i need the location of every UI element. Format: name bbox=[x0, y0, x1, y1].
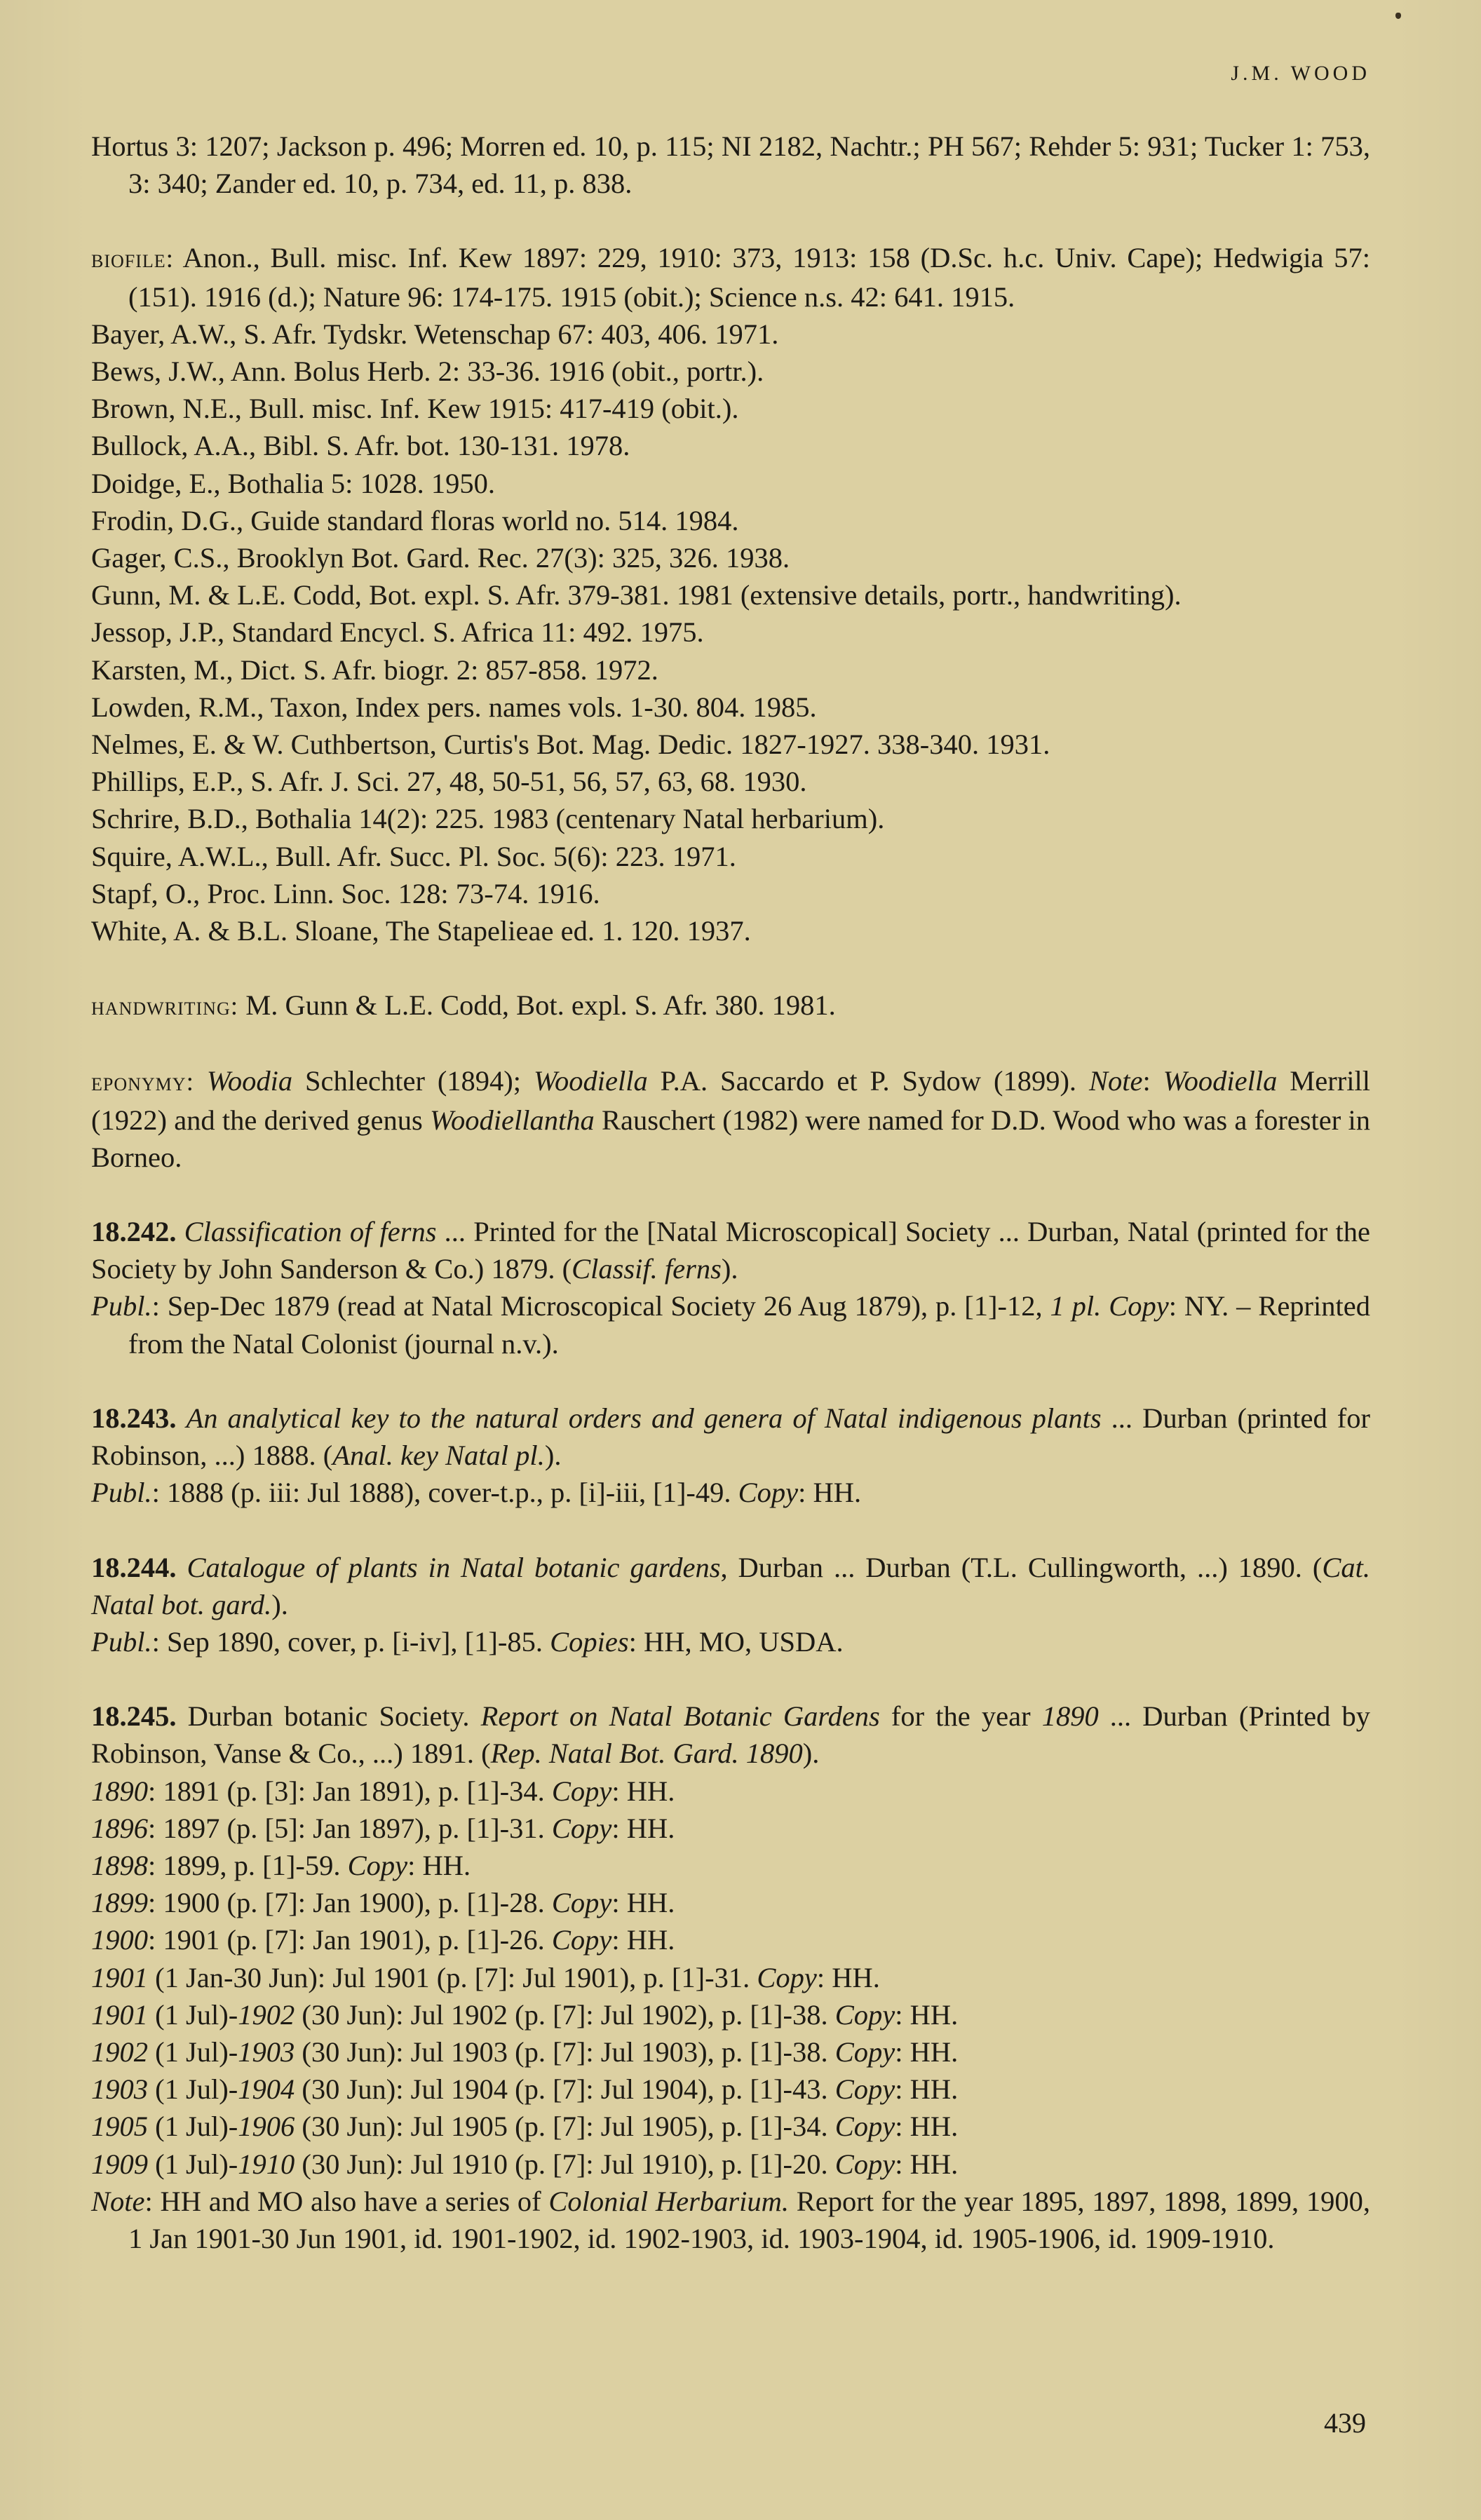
italic-text: Copy bbox=[552, 1813, 612, 1844]
text-paragraph: 1901 (1 Jan-30 Jun): Jul 1901 (p. [7]: J… bbox=[91, 1959, 1370, 1996]
entry-number: 18.242. bbox=[91, 1216, 177, 1247]
italic-text: Copy bbox=[757, 1962, 817, 1993]
text-paragraph: 1909 (1 Jul)-1910 (30 Jun): Jul 1910 (p.… bbox=[91, 2146, 1370, 2183]
page-body: Hortus 3: 1207; Jackson p. 496; Morren e… bbox=[91, 128, 1370, 2257]
text-run: : 1891 (p. [3]: Jan 1891), p. [1]-34. bbox=[148, 1775, 552, 1807]
text-run: : HH. bbox=[611, 1887, 675, 1918]
text-run: Stapf, O., Proc. Linn. Soc. 128: 73-74. … bbox=[91, 878, 600, 909]
italic-text: 1906 bbox=[238, 2111, 295, 2142]
text-run: Nelmes, E. & W. Cuthbertson, Curtis's Bo… bbox=[91, 729, 1050, 760]
italic-text: 1899 bbox=[91, 1887, 148, 1918]
text-run: (1 Jul)- bbox=[148, 2036, 238, 2068]
entry-number: 18.245. bbox=[91, 1700, 177, 1732]
italic-text: 1896 bbox=[91, 1813, 148, 1844]
italic-text: Note bbox=[91, 2186, 145, 2217]
italic-text: Copy bbox=[552, 1775, 612, 1807]
scan-speck bbox=[1395, 13, 1401, 19]
italic-text: Catalogue of plants in Natal botanic gar… bbox=[187, 1552, 720, 1583]
text-run: : HH. bbox=[895, 2073, 958, 2105]
text-paragraph: HANDWRITING: M. Gunn & L.E. Codd, Bot. e… bbox=[91, 987, 1370, 1025]
text-run bbox=[177, 1552, 187, 1583]
text-paragraph: White, A. & B.L. Sloane, The Stapelieae … bbox=[91, 912, 1370, 949]
text-paragraph: 1905 (1 Jul)-1906 (30 Jun): Jul 1905 (p.… bbox=[91, 2108, 1370, 2145]
text-paragraph: 1898: 1899, p. [1]-59. Copy: HH. bbox=[91, 1847, 1370, 1884]
text-run: : HH. bbox=[611, 1775, 675, 1807]
italic-text: 1909 bbox=[91, 2148, 148, 2180]
text-run: (30 Jun): Jul 1905 (p. [7]: Jul 1905), p… bbox=[295, 2111, 835, 2142]
paragraph-gap bbox=[91, 1025, 1370, 1062]
entry-number: 18.244. bbox=[91, 1552, 177, 1583]
italic-text: Copy bbox=[1109, 1290, 1169, 1322]
text-paragraph: Hortus 3: 1207; Jackson p. 496; Morren e… bbox=[91, 128, 1370, 202]
text-paragraph: 1902 (1 Jul)-1903 (30 Jun): Jul 1903 (p.… bbox=[91, 2033, 1370, 2071]
text-run: (1 Jul)- bbox=[148, 1999, 238, 2031]
text-paragraph: 1900: 1901 (p. [7]: Jan 1901), p. [1]-26… bbox=[91, 1921, 1370, 1958]
text-run: : HH. bbox=[611, 1924, 675, 1956]
italic-text: 1903 bbox=[238, 2036, 295, 2068]
italic-text: 1890 bbox=[91, 1775, 148, 1807]
section-label: HANDWRITING: bbox=[91, 992, 238, 1021]
running-head: J.M. WOOD bbox=[1231, 62, 1370, 86]
italic-text: 1900 bbox=[91, 1924, 148, 1956]
italic-text: 1904 bbox=[238, 2073, 295, 2105]
text-run: (30 Jun): Jul 1904 (p. [7]: Jul 1904), p… bbox=[295, 2073, 835, 2105]
section-label: EPONYMY: bbox=[91, 1068, 194, 1097]
text-run: Phillips, E.P., S. Afr. J. Sci. 27, 48, … bbox=[91, 766, 806, 797]
text-run: Frodin, D.G., Guide standard floras worl… bbox=[91, 505, 739, 536]
text-paragraph: Schrire, B.D., Bothalia 14(2): 225. 1983… bbox=[91, 800, 1370, 837]
italic-text: Woodiella bbox=[1163, 1065, 1278, 1097]
text-paragraph: Lowden, R.M., Taxon, Index pers. names v… bbox=[91, 689, 1370, 726]
text-run: (30 Jun): Jul 1902 (p. [7]: Jul 1902), p… bbox=[295, 1999, 835, 2031]
text-paragraph: Note: HH and MO also have a series of Co… bbox=[91, 2183, 1370, 2257]
text-paragraph: Bullock, A.A., Bibl. S. Afr. bot. 130-13… bbox=[91, 427, 1370, 464]
paragraph-gap bbox=[91, 1176, 1370, 1213]
text-paragraph: Doidge, E., Bothalia 5: 1028. 1950. bbox=[91, 465, 1370, 502]
paragraph-gap bbox=[91, 1512, 1370, 1549]
text-run bbox=[177, 1402, 187, 1434]
text-run: : bbox=[1142, 1065, 1163, 1097]
text-paragraph: 1890: 1891 (p. [3]: Jan 1891), p. [1]-34… bbox=[91, 1773, 1370, 1810]
text-paragraph: Gager, C.S., Brooklyn Bot. Gard. Rec. 27… bbox=[91, 539, 1370, 576]
entry-number: 18.243. bbox=[91, 1402, 177, 1434]
text-paragraph: Bews, J.W., Ann. Bolus Herb. 2: 33-36. 1… bbox=[91, 353, 1370, 390]
text-run: Brown, N.E., Bull. misc. Inf. Kew 1915: … bbox=[91, 393, 739, 424]
italic-text: Anal. key Natal pl. bbox=[332, 1439, 545, 1471]
text-run: ). bbox=[271, 1589, 288, 1620]
italic-text: Classification of ferns bbox=[184, 1216, 437, 1247]
text-run: Anon., Bull. misc. Inf. Kew 1897: 229, 1… bbox=[128, 242, 1370, 312]
text-paragraph: Jessop, J.P., Standard Encycl. S. Africa… bbox=[91, 614, 1370, 651]
italic-text: Woodia bbox=[207, 1065, 292, 1097]
text-run: Squire, A.W.L., Bull. Afr. Succ. Pl. Soc… bbox=[91, 841, 736, 872]
italic-text: 1910 bbox=[238, 2148, 295, 2180]
text-run bbox=[194, 1065, 207, 1097]
italic-text: Copy bbox=[835, 2073, 895, 2105]
text-run: for the year bbox=[880, 1700, 1042, 1732]
text-paragraph: 1901 (1 Jul)-1902 (30 Jun): Jul 1902 (p.… bbox=[91, 1996, 1370, 2033]
text-run: : 1901 (p. [7]: Jan 1901), p. [1]-26. bbox=[148, 1924, 552, 1956]
text-paragraph: BIOFILE: Anon., Bull. misc. Inf. Kew 189… bbox=[91, 239, 1370, 315]
text-run: Hortus 3: 1207; Jackson p. 496; Morren e… bbox=[91, 130, 1370, 199]
text-run: : 1888 (p. iii: Jul 1888), cover-t.p., p… bbox=[152, 1477, 738, 1508]
italic-text: Copy bbox=[552, 1924, 612, 1956]
text-paragraph: 1903 (1 Jul)-1904 (30 Jun): Jul 1904 (p.… bbox=[91, 2071, 1370, 2108]
text-run: Bayer, A.W., S. Afr. Tydskr. Wetenschap … bbox=[91, 318, 778, 350]
italic-text: Note bbox=[1089, 1065, 1143, 1097]
italic-text: 1898 bbox=[91, 1850, 148, 1881]
text-run: Bullock, A.A., Bibl. S. Afr. bot. 130-13… bbox=[91, 430, 630, 461]
text-run: (1 Jul)- bbox=[148, 2073, 238, 2105]
text-run: Durban botanic Society. bbox=[177, 1700, 481, 1732]
text-run: ). bbox=[545, 1439, 562, 1471]
paragraph-gap bbox=[91, 1660, 1370, 1698]
text-paragraph: 1896: 1897 (p. [5]: Jan 1897), p. [1]-31… bbox=[91, 1810, 1370, 1847]
text-run: M. Gunn & L.E. Codd, Bot. expl. S. Afr. … bbox=[238, 989, 836, 1021]
text-run: Bews, J.W., Ann. Bolus Herb. 2: 33-36. 1… bbox=[91, 355, 764, 387]
text-run: : HH. bbox=[895, 1999, 958, 2031]
text-run: ). bbox=[722, 1253, 738, 1285]
text-paragraph: EPONYMY: Woodia Schlechter (1894); Woodi… bbox=[91, 1062, 1370, 1176]
italic-text: Rep. Natal Bot. Gard. 1890 bbox=[491, 1737, 803, 1769]
paragraph-gap bbox=[91, 1362, 1370, 1400]
italic-text: Copies bbox=[550, 1626, 629, 1658]
text-paragraph: Stapf, O., Proc. Linn. Soc. 128: 73-74. … bbox=[91, 875, 1370, 912]
text-run: (1 Jul)- bbox=[148, 2148, 238, 2180]
page-number: 439 bbox=[1324, 2406, 1366, 2439]
italic-text: An analytical key to the natural orders … bbox=[187, 1402, 1102, 1434]
text-run: Lowden, R.M., Taxon, Index pers. names v… bbox=[91, 691, 817, 723]
italic-text: 1905 bbox=[91, 2111, 148, 2142]
italic-text: Copy bbox=[738, 1477, 799, 1508]
text-paragraph: Karsten, M., Dict. S. Afr. biogr. 2: 857… bbox=[91, 651, 1370, 689]
italic-text: Copy bbox=[348, 1850, 408, 1881]
text-run: Schlechter (1894); bbox=[292, 1065, 534, 1097]
text-run: , Durban ... Durban (T.L. Cullingworth, … bbox=[720, 1552, 1322, 1583]
text-run bbox=[177, 1216, 184, 1247]
text-paragraph: Squire, A.W.L., Bull. Afr. Succ. Pl. Soc… bbox=[91, 838, 1370, 875]
text-run: : HH. bbox=[895, 2148, 958, 2180]
text-run: P.A. Saccardo et P. Sydow (1899). bbox=[648, 1065, 1089, 1097]
text-run: : 1899, p. [1]-59. bbox=[148, 1850, 348, 1881]
text-run: (1 Jan-30 Jun): Jul 1901 (p. [7]: Jul 19… bbox=[148, 1962, 757, 1993]
section-label: BIOFILE: bbox=[91, 245, 174, 273]
text-run: : 1897 (p. [5]: Jan 1897), p. [1]-31. bbox=[148, 1813, 552, 1844]
italic-text: 1902 bbox=[238, 1999, 295, 2031]
text-run: : HH. bbox=[817, 1962, 880, 1993]
italic-text: Copy bbox=[835, 2036, 895, 2068]
italic-text: Colonial Herbarium. bbox=[548, 2186, 789, 2217]
italic-text: Woodiellantha bbox=[430, 1104, 595, 1136]
text-run: Gunn, M. & L.E. Codd, Bot. expl. S. Afr.… bbox=[91, 579, 1182, 611]
text-run bbox=[1101, 1290, 1109, 1322]
text-run: : HH and MO also have a series of bbox=[145, 2186, 549, 2217]
text-run: ). bbox=[803, 1737, 820, 1769]
text-run: : HH, MO, USDA. bbox=[629, 1626, 844, 1658]
text-run: Gager, C.S., Brooklyn Bot. Gard. Rec. 27… bbox=[91, 542, 790, 574]
text-run: Doidge, E., Bothalia 5: 1028. 1950. bbox=[91, 468, 495, 499]
text-paragraph: 1899: 1900 (p. [7]: Jan 1900), p. [1]-28… bbox=[91, 1884, 1370, 1921]
text-paragraph: 18.245. Durban botanic Society. Report o… bbox=[91, 1698, 1370, 1772]
text-run: White, A. & B.L. Sloane, The Stapelieae … bbox=[91, 915, 751, 947]
paragraph-gap bbox=[91, 949, 1370, 987]
text-run: Jessop, J.P., Standard Encycl. S. Africa… bbox=[91, 616, 704, 648]
italic-text: 1901 bbox=[91, 1962, 148, 1993]
text-paragraph: Gunn, M. & L.E. Codd, Bot. expl. S. Afr.… bbox=[91, 576, 1370, 614]
italic-text: Copy bbox=[835, 2148, 895, 2180]
text-run: : Sep 1890, cover, p. [i-iv], [1]-85. bbox=[152, 1626, 550, 1658]
italic-text: Report on Natal Botanic Gardens bbox=[481, 1700, 880, 1732]
italic-text: Classif. ferns bbox=[572, 1253, 722, 1285]
text-run: : HH. bbox=[895, 2036, 958, 2068]
italic-text: Woodiella bbox=[534, 1065, 648, 1097]
text-paragraph: Nelmes, E. & W. Cuthbertson, Curtis's Bo… bbox=[91, 726, 1370, 763]
text-paragraph: 18.243. An analytical key to the natural… bbox=[91, 1400, 1370, 1474]
text-run: : HH. bbox=[407, 1850, 471, 1881]
italic-text: Publ. bbox=[91, 1290, 152, 1322]
italic-text: 1902 bbox=[91, 2036, 148, 2068]
italic-text: Publ. bbox=[91, 1477, 152, 1508]
italic-text: Copy bbox=[835, 1999, 895, 2031]
text-paragraph: Publ.: 1888 (p. iii: Jul 1888), cover-t.… bbox=[91, 1474, 1370, 1511]
text-paragraph: 18.242. Classification of ferns ... Prin… bbox=[91, 1213, 1370, 1287]
italic-text: Publ. bbox=[91, 1626, 152, 1658]
text-paragraph: Phillips, E.P., S. Afr. J. Sci. 27, 48, … bbox=[91, 763, 1370, 800]
italic-text: 1 pl. bbox=[1050, 1290, 1102, 1322]
italic-text: Copy bbox=[835, 2111, 895, 2142]
text-paragraph: Brown, N.E., Bull. misc. Inf. Kew 1915: … bbox=[91, 390, 1370, 427]
text-run: : 1900 (p. [7]: Jan 1900), p. [1]-28. bbox=[148, 1887, 552, 1918]
italic-text: 1903 bbox=[91, 2073, 148, 2105]
text-run: (30 Jun): Jul 1910 (p. [7]: Jul 1910), p… bbox=[295, 2148, 835, 2180]
text-paragraph: 18.244. Catalogue of plants in Natal bot… bbox=[91, 1549, 1370, 1623]
italic-text: 1890 bbox=[1042, 1700, 1099, 1732]
text-paragraph: Frodin, D.G., Guide standard floras worl… bbox=[91, 502, 1370, 539]
text-run: Karsten, M., Dict. S. Afr. biogr. 2: 857… bbox=[91, 654, 658, 686]
text-paragraph: Publ.: Sep-Dec 1879 (read at Natal Micro… bbox=[91, 1287, 1370, 1362]
italic-text: 1901 bbox=[91, 1999, 148, 2031]
italic-text: Copy bbox=[552, 1887, 612, 1918]
text-paragraph: Publ.: Sep 1890, cover, p. [i-iv], [1]-8… bbox=[91, 1623, 1370, 1660]
text-run: : HH. bbox=[611, 1813, 675, 1844]
text-run: : HH. bbox=[895, 2111, 958, 2142]
text-run: : HH. bbox=[798, 1477, 861, 1508]
text-run: (30 Jun): Jul 1903 (p. [7]: Jul 1903), p… bbox=[295, 2036, 835, 2068]
text-run: : Sep-Dec 1879 (read at Natal Microscopi… bbox=[152, 1290, 1050, 1322]
text-run: (1 Jul)- bbox=[148, 2111, 238, 2142]
text-run: Schrire, B.D., Bothalia 14(2): 225. 1983… bbox=[91, 803, 884, 834]
text-paragraph: Bayer, A.W., S. Afr. Tydskr. Wetenschap … bbox=[91, 316, 1370, 353]
paragraph-gap bbox=[91, 202, 1370, 239]
